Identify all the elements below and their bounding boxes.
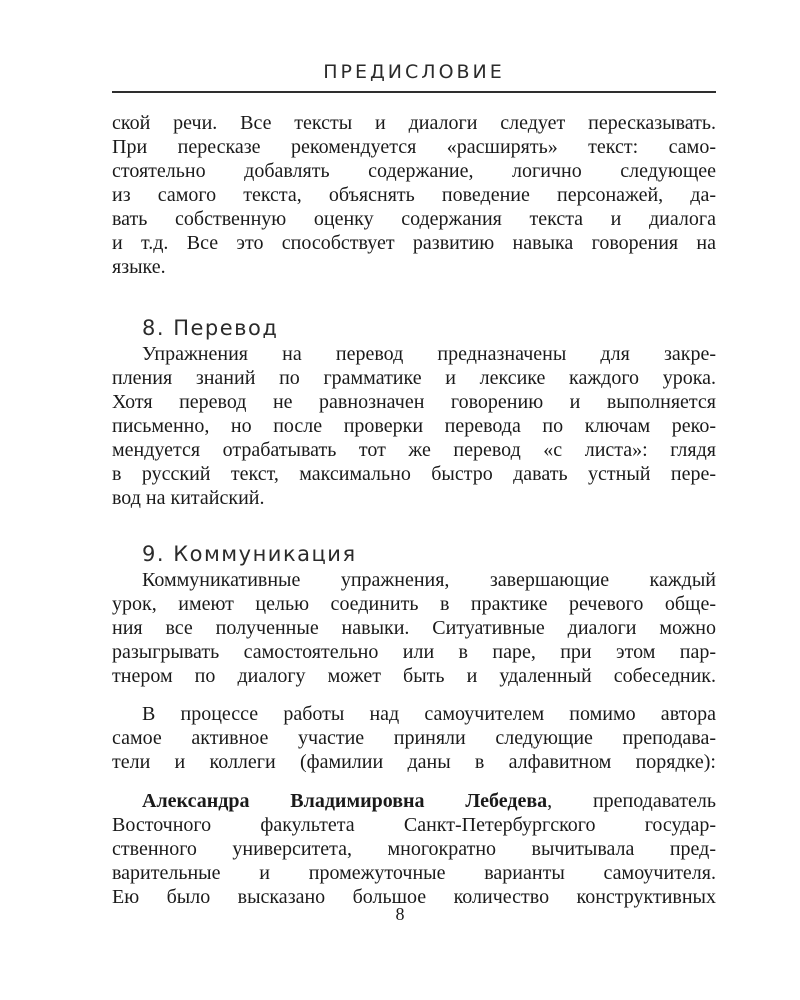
- contributor-name-bold: Александра Владимировна Лебедева: [142, 790, 547, 812]
- page-number: 8: [0, 903, 800, 925]
- text-line: ской речи. Все тексты и диалоги следует …: [112, 111, 716, 135]
- text-column: ПРЕДИСЛОВИЕ ской речи. Все тексты и диал…: [112, 0, 716, 909]
- text-line: стоятельно добавлять содержание, логично…: [112, 159, 716, 183]
- text-line: Коммуникативные упражнения, завершающие …: [112, 568, 716, 592]
- text-line: При пересказе рекомендуется «расширять» …: [112, 135, 716, 159]
- page-header: ПРЕДИСЛОВИЕ: [112, 0, 716, 93]
- text-line: варительные и промежуточные варианты сам…: [112, 861, 716, 885]
- text-line: языке.: [112, 255, 716, 279]
- intro-paragraph: ской речи. Все тексты и диалоги следует …: [112, 111, 716, 279]
- text-line: ния все полученные навыки. Ситуативные д…: [112, 616, 716, 640]
- text-line: мендуется отрабатывать тот же перевод «с…: [112, 438, 716, 462]
- text-line: Восточного факультета Санкт-Петербургско…: [112, 813, 716, 837]
- text-line: разыгрывать самостоятельно или в паре, п…: [112, 640, 716, 664]
- section-8-paragraph: Упражнения на перевод предназначены для …: [112, 342, 716, 510]
- text-line: Александра Владимировна Лебедева, препод…: [112, 789, 716, 813]
- text-line: письменно, но после проверки перевода по…: [112, 414, 716, 438]
- text-line: тнером по диалогу может быть и удаленный…: [112, 664, 716, 688]
- text-line: пления знаний по грамматике и лексике ка…: [112, 366, 716, 390]
- text-line: Хотя перевод не равнозначен говорению и …: [112, 390, 716, 414]
- text-line: в русский текст, максимально быстро дава…: [112, 462, 716, 486]
- section-9-paragraph: Коммуникативные упражнения, завершающие …: [112, 568, 716, 688]
- text-line: урок, имеют целью соединить в практике р…: [112, 592, 716, 616]
- contributor-paragraph: Александра Владимировна Лебедева, препод…: [112, 789, 716, 909]
- text-line: тели и коллеги (фамилии даны в алфавитно…: [112, 750, 716, 774]
- text-line: ственного университета, многократно вычи…: [112, 837, 716, 861]
- section-heading-8-perevod: 8. Перевод: [112, 316, 716, 340]
- text-line: самое активное участие приняли следующие…: [112, 726, 716, 750]
- book-page: ПРЕДИСЛОВИЕ ской речи. Все тексты и диал…: [0, 0, 800, 1000]
- text-line: Упражнения на перевод предназначены для …: [112, 342, 716, 366]
- text-line: вод на китайский.: [112, 486, 716, 510]
- running-head-title: ПРЕДИСЛОВИЕ: [323, 62, 505, 83]
- text-line: из самого текста, объяснять поведение пе…: [112, 183, 716, 207]
- text-line: и т.д. Все это способствует развитию нав…: [112, 231, 716, 255]
- section-heading-9-kommunikatsiya: 9. Коммуникация: [112, 542, 716, 566]
- text-line: В процессе работы над самоучителем помим…: [112, 702, 716, 726]
- text-line: вать собственную оценку содержания текст…: [112, 207, 716, 231]
- acknowledgements-paragraph: В процессе работы над самоучителем помим…: [112, 702, 716, 774]
